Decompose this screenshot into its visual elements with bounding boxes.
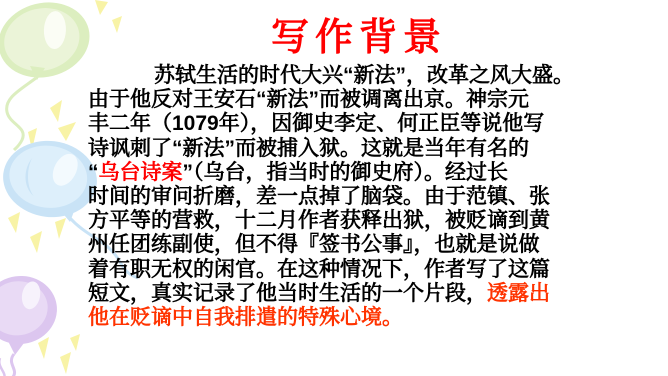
body-text: 苏轼生活的时代大兴“新法”，改革之风大盛。由于他反对王安石“新法”而被调离出京。…	[88, 64, 650, 330]
body-text-segment: 州任团练副使，但不得『签书公事』，也就是说做	[88, 233, 540, 256]
body-text-segment: ”（乌台，指当时的御史府）。经过长	[183, 161, 509, 184]
body-text-segment: 透露出	[487, 282, 550, 305]
body-text-line: 他在贬谪中自我排遣的特殊心境。	[88, 306, 650, 330]
slide-title: 写作背景	[78, 17, 640, 59]
body-text-line: “乌台诗案”（乌台，指当时的御史府）。经过长	[88, 161, 650, 185]
sparkle-icon	[38, 334, 80, 374]
body-text-line: 时间的审问折磨，差一点掉了脑袋。由于范镇、张	[88, 185, 650, 209]
body-text-line: 诗讽刺了“新法”而被捕入狱。这就是当年有名的	[88, 137, 650, 161]
body-text-segment: 他在贬谪中自我排遣的特殊心境。	[88, 306, 403, 329]
body-text-line: 着有职无权的闲官。在这种情况下，作者写了这篇	[88, 258, 650, 282]
body-text-segment: 丰二年（1079年），因御史李定、何正臣等说他写	[88, 112, 544, 135]
body-text-line: 方平等的营救，十二月作者获释出狱，被贬谪到黄	[88, 209, 650, 233]
body-text-segment: 时间的审问折磨，差一点掉了脑袋。由于范镇、张	[88, 185, 550, 208]
body-text-line: 州任团练副使，但不得『签书公事』，也就是说做	[88, 233, 650, 257]
body-text-line: 苏轼生活的时代大兴“新法”，改革之风大盛。	[88, 64, 650, 88]
slide: 写作背景 苏轼生活的时代大兴“新法”，改革之风大盛。由于他反对王安石“新法”而被…	[0, 0, 668, 376]
body-text-segment: 由于他反对王安石“新法”而被调离出京。神宗元	[88, 88, 529, 111]
sparkle-icon	[8, 212, 66, 253]
body-text-segment: 短文，真实记录了他当时生活的一个片段，	[88, 282, 487, 305]
body-text-line: 丰二年（1079年），因御史李定、何正臣等说他写	[88, 112, 650, 136]
body-text-segment: 乌台诗案	[99, 161, 183, 184]
body-text-segment: 苏轼生活的时代大兴“新法”，改革之风大盛。	[154, 64, 574, 87]
body-text-segment: “	[88, 161, 99, 184]
body-text-segment: 着有职无权的闲官。在这种情况下，作者写了这篇	[88, 258, 550, 281]
body-text-line: 短文，真实记录了他当时生活的一个片段，透露出	[88, 282, 650, 306]
body-text-line: 由于他反对王安石“新法”而被调离出京。神宗元	[88, 88, 650, 112]
body-text-segment: 方平等的营救，十二月作者获释出狱，被贬谪到黄	[88, 209, 550, 232]
slide-content: 写作背景 苏轼生活的时代大兴“新法”，改革之风大盛。由于他反对王安石“新法”而被…	[88, 17, 650, 330]
body-text-segment: 诗讽刺了“新法”而被捕入狱。这就是当年有名的	[88, 137, 529, 160]
purple-balloon-icon	[0, 271, 61, 376]
